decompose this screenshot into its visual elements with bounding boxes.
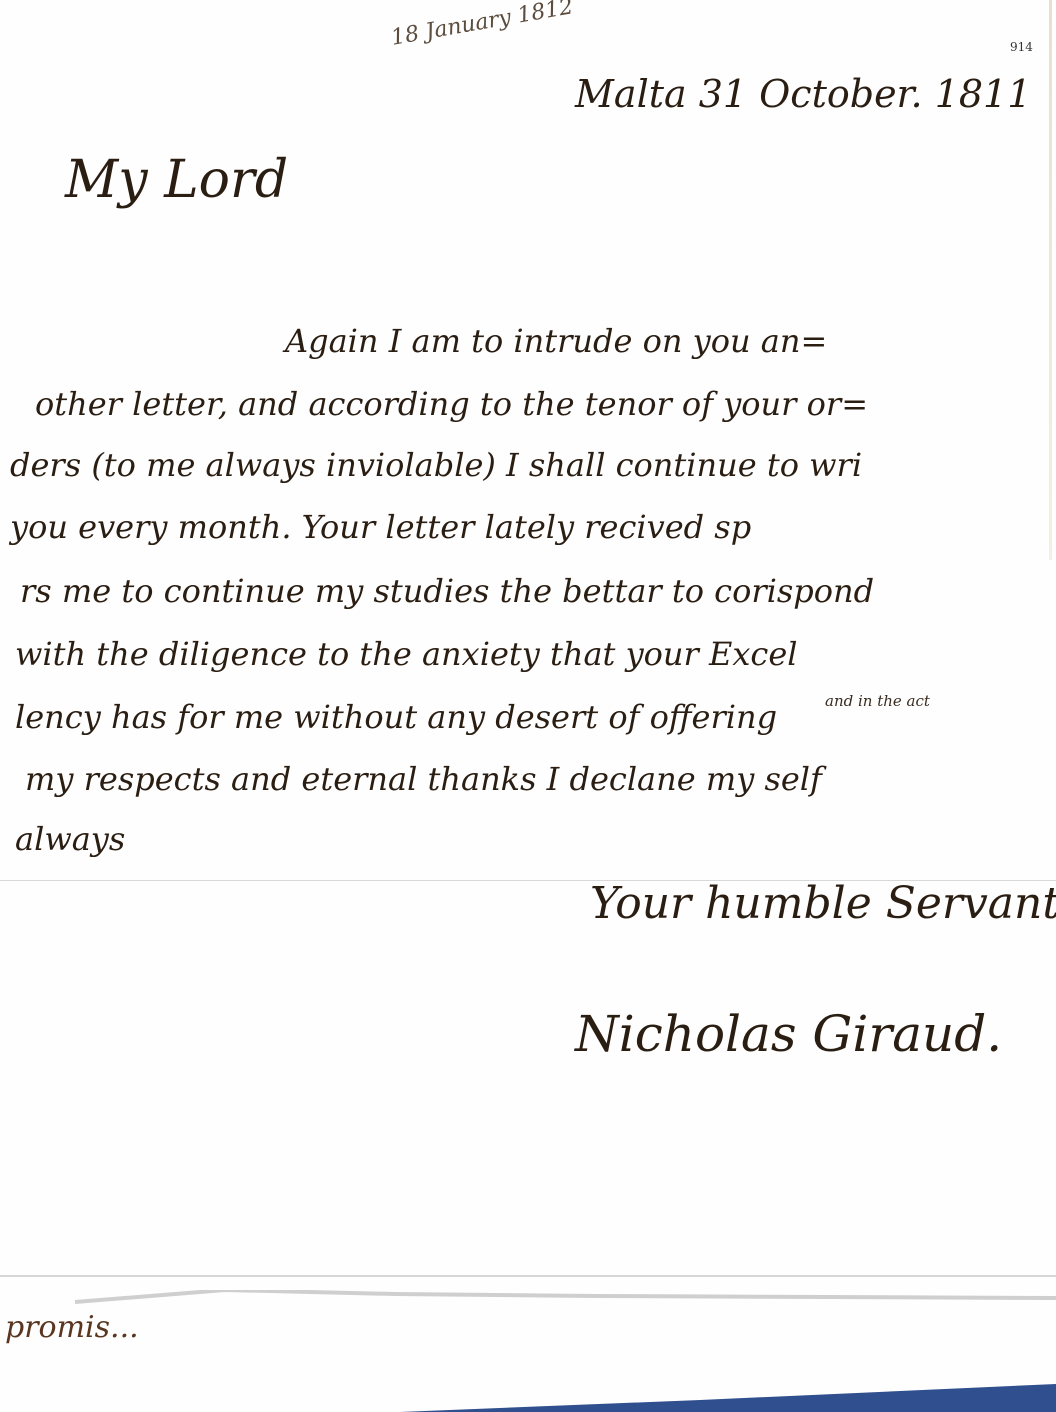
paper-edge-right [1049,0,1052,560]
folio-number: 914 [1010,40,1033,54]
interlinear-insertion: and in the act [825,692,930,710]
letter-page: 18 January 1812 914 Malta 31 October. 18… [0,0,1056,1412]
lower-sheet-edge [0,1275,1056,1277]
upper-sheet [0,0,1056,881]
torn-paper-edge [75,1290,1056,1320]
body-line: always [15,820,125,858]
body-line: other letter, and according to the tenor… [35,385,868,423]
signature: Nicholas Giraud. [575,1005,1002,1063]
body-line: ders (to me always inviolable) I shall c… [10,446,862,484]
closing-phrase: Your humble Servant [590,878,1056,929]
blue-cover-strip [0,1372,1056,1412]
body-line: lency has for me without any desert of o… [15,698,777,736]
body-line: Again I am to intrude on you an= [285,322,827,360]
lower-sheet-text-fragment: promis... [5,1310,139,1345]
body-line: my respects and eternal thanks I declane… [25,760,822,798]
body-line: you every month. Your letter lately reci… [10,508,751,546]
salutation: My Lord [65,150,288,210]
body-line: with the diligence to the anxiety that y… [15,635,797,673]
letter-dateline: Malta 31 October. 1811 [575,72,1031,116]
body-line: rs me to continue my studies the bettar … [20,572,874,610]
